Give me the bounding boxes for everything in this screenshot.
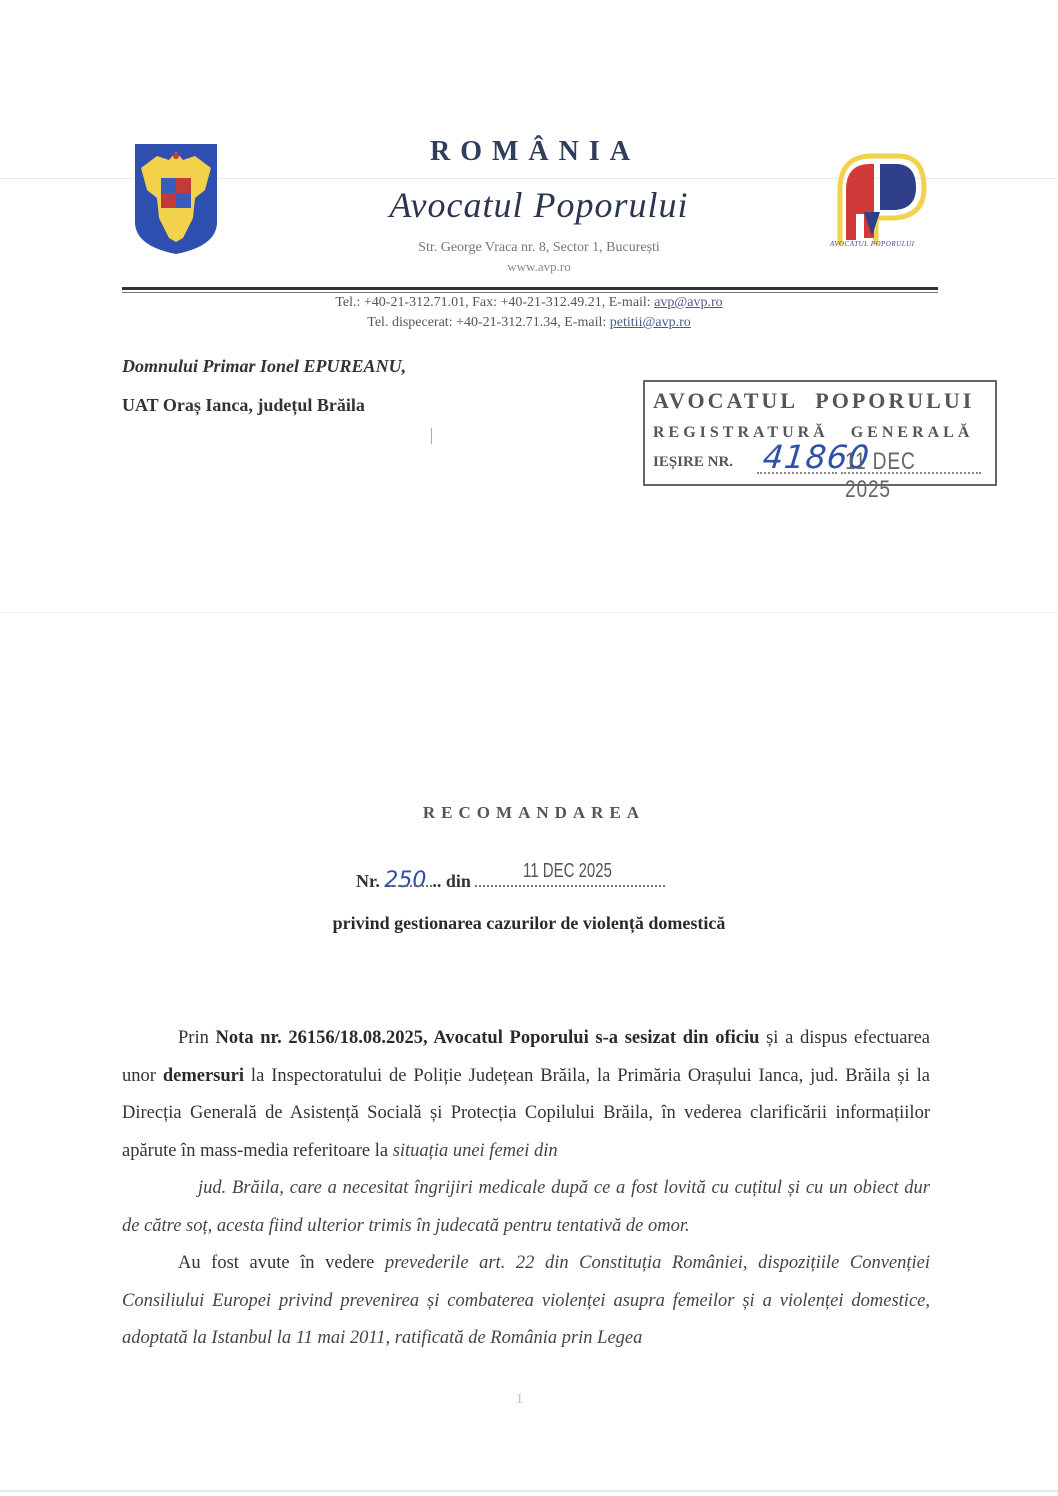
- letterhead-country: ROMÂNIA: [0, 136, 1058, 168]
- dotted-line-date: 11 DEC 2025: [475, 885, 665, 887]
- paragraph-2: Au fost avute în vedere prevederile art.…: [122, 1245, 930, 1358]
- document-page: AVOCATUL POPORULUI ROMÂNIA Avocatul Popo…: [0, 0, 1058, 1496]
- italic-text: la 11 mai 2011, ratificată de România pr…: [272, 1328, 642, 1348]
- bold-text: demersuri: [163, 1066, 244, 1086]
- document-date-stamp: 11 DEC 2025: [523, 860, 612, 883]
- addressee-name: Domnului Primar Ionel EPUREANU,: [122, 356, 406, 377]
- contact-dispatch: Tel. dispecerat: +40-21-312.71.34, E-mai…: [367, 315, 610, 330]
- document-subject: privind gestionarea cazurilor de violenț…: [0, 913, 1058, 934]
- redacted-gap: [122, 1178, 198, 1198]
- letterhead-divider: [122, 287, 938, 290]
- email-link-petitii[interactable]: petitii@avp.ro: [610, 315, 691, 330]
- page-number: 1: [516, 1392, 523, 1408]
- letterhead-institution: Avocatul Poporului: [0, 184, 1058, 226]
- handwritten-doc-number: 250: [384, 868, 426, 893]
- contact-line-1: Tel.: +40-21-312.71.01, Fax: +40-21-312.…: [0, 295, 1058, 311]
- stamp-line-exit-label: IEȘIRE NR.: [653, 454, 733, 471]
- text: Au fost avute în vedere: [178, 1253, 385, 1273]
- registry-stamp: AVOCATUL POPORULUI REGISTRATURĂ GENERALĂ…: [643, 380, 997, 486]
- contact-phone-fax: Tel.: +40-21-312.71.01, Fax: +40-21-312.…: [335, 295, 654, 310]
- italic-text: jud. Brăila, care a necesitat îngrijiri …: [122, 1178, 930, 1236]
- scan-mark: [431, 428, 432, 444]
- nr-label: Nr.: [356, 871, 380, 891]
- email-link-avp[interactable]: avp@avp.ro: [654, 295, 722, 310]
- stamp-date: 11 DEC 2025: [845, 448, 965, 504]
- stamp-line-institution: AVOCATUL POPORULUI: [653, 388, 974, 414]
- faded-italic-text: adoptată la Istanbul: [122, 1328, 272, 1348]
- addressee-entity: UAT Oraș Ianca, județul Brăila: [122, 395, 365, 416]
- italic-text: situația unei femei din: [393, 1141, 558, 1161]
- document-title: RECOMANDAREA: [0, 803, 1058, 823]
- document-number-line: Nr. 250.. din 11 DEC 2025: [356, 868, 665, 893]
- document-body: Prin Nota nr. 26156/18.08.2025, Avocatul…: [122, 1020, 930, 1358]
- scan-artifact-line: [0, 1490, 1058, 1492]
- contact-line-2: Tel. dispecerat: +40-21-312.71.34, E-mai…: [0, 315, 1058, 331]
- letterhead-divider-thin: [122, 292, 938, 293]
- dotted-line: [390, 885, 432, 887]
- din-label: din: [446, 871, 471, 891]
- text: Prin: [178, 1028, 216, 1048]
- paragraph-1: Prin Nota nr. 26156/18.08.2025, Avocatul…: [122, 1020, 930, 1245]
- letterhead-address: Str. George Vraca nr. 8, Sector 1, Bucur…: [0, 240, 1058, 256]
- scan-artifact-line: [0, 612, 1058, 613]
- letterhead-website: www.avp.ro: [0, 259, 1058, 275]
- bold-text: Nota nr. 26156/18.08.2025, Avocatul Popo…: [216, 1028, 760, 1048]
